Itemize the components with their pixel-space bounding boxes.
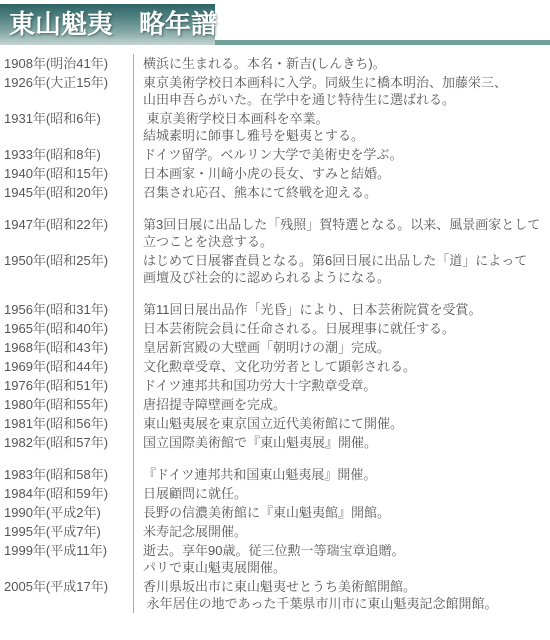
event-cell: ドイツ留学。ベルリン大学で美術史を学ぶ。	[133, 145, 550, 164]
year-cell: 1980年(昭和55年)	[0, 395, 133, 414]
year-cell: 1933年(昭和8年)	[0, 145, 133, 164]
year-cell: 1945年(昭和20年)	[0, 183, 133, 202]
event-cell: 皇居新宮殿の大壁画「朝明けの潮」完成。	[133, 338, 550, 357]
table-row: 1976年(昭和51年) ドイツ連邦共和国功労大十字勲章受章。	[0, 376, 550, 395]
event-cell: 日展顧問に就任。	[133, 484, 550, 503]
year-cell: 1984年(昭和59年)	[0, 484, 133, 503]
event-cell	[133, 287, 550, 300]
year-cell: 1981年(昭和56年)	[0, 414, 133, 433]
table-row: 1945年(昭和20年) 召集され応召、熊本にて終戦を迎える。	[0, 183, 550, 202]
year-cell: 1995年(平成7年)	[0, 522, 133, 541]
year-cell: 1931年(昭和6年)	[0, 109, 133, 145]
event-cell: 文化勲章受章、文化功労者として顕彰される。	[133, 357, 550, 376]
event-cell: 唐招提寺障壁画を完成。	[133, 395, 550, 414]
table-row: 1926年(大正15年) 東京美術学校日本画科に入学。同級生に橋本明治、加藤栄三…	[0, 73, 550, 109]
table-row: 2005年(平成17年) 香川県坂出市に東山魁夷せとうち美術館開館。 永年居住の…	[0, 577, 550, 613]
event-cell: 日本芸術院会員に任命される。日展理事に就任する。	[133, 319, 550, 338]
year-cell	[0, 287, 133, 300]
year-cell	[0, 202, 133, 215]
title-block: 東山魁夷 略年譜	[0, 4, 215, 45]
table-row	[0, 202, 550, 215]
event-cell: 国立国際美術館で『東山魁夷展』開催。	[133, 433, 550, 452]
event-cell: 逝去。享年90歳。従三位勲一等瑞宝章追贈。 パリで東山魁夷展開催。	[133, 541, 550, 577]
event-cell: 召集され応召、熊本にて終戦を迎える。	[133, 183, 550, 202]
year-cell: 1969年(昭和44年)	[0, 357, 133, 376]
table-row	[0, 452, 550, 465]
table-row: 1947年(昭和22年) 第3回日展に出品した「残照」賀特選となる。以来、風景画…	[0, 215, 550, 251]
event-cell: 東京美術学校日本画科を卒業。 結城素明に師事し雅号を魁夷とする。	[133, 109, 550, 145]
event-cell: 横浜に生まれる。本名・新吉(しんきち)。	[133, 54, 550, 73]
event-cell: 米寿記念展開催。	[133, 522, 550, 541]
year-cell: 1947年(昭和22年)	[0, 215, 133, 251]
event-cell	[133, 452, 550, 465]
event-cell: 第11回日展出品作「光昏」により、日本芸術院賞を受賞。	[133, 300, 550, 319]
event-cell: 東京美術学校日本画科に入学。同級生に橋本明治、加藤栄三、 山田申吾らがいた。在学…	[133, 73, 550, 109]
year-cell: 1999年(平成11年)	[0, 541, 133, 577]
year-cell: 1950年(昭和25年)	[0, 251, 133, 287]
title-banner: 東山魁夷 略年譜	[0, 4, 550, 45]
table-row: 1982年(昭和57年) 国立国際美術館で『東山魁夷展』開催。	[0, 433, 550, 452]
year-cell: 1926年(大正15年)	[0, 73, 133, 109]
year-cell: 1956年(昭和31年)	[0, 300, 133, 319]
year-cell: 1968年(昭和43年)	[0, 338, 133, 357]
event-cell: 第3回日展に出品した「残照」賀特選となる。以来、風景画家として 立つことを決意す…	[133, 215, 550, 251]
table-row: 1908年(明治41年) 横浜に生まれる。本名・新吉(しんきち)。	[0, 54, 550, 73]
event-cell: 東山魁夷展を東京国立近代美術館にて開催。	[133, 414, 550, 433]
year-cell: 1982年(昭和57年)	[0, 433, 133, 452]
event-cell: 日本画家・川﨑小虎の長女、すみと結婚。	[133, 164, 550, 183]
table-row: 1981年(昭和56年) 東山魁夷展を東京国立近代美術館にて開催。	[0, 414, 550, 433]
event-cell	[133, 202, 550, 215]
table-row	[0, 287, 550, 300]
year-cell: 1983年(昭和58年)	[0, 465, 133, 484]
year-cell: 1908年(明治41年)	[0, 54, 133, 73]
event-cell: 香川県坂出市に東山魁夷せとうち美術館開館。 永年居住の地であった千葉県市川市に東…	[133, 577, 550, 613]
event-cell: はじめて日展審査員となる。第6回日展に出品した「道」によって 画壇及び社会的に認…	[133, 251, 550, 287]
table-row: 1968年(昭和43年) 皇居新宮殿の大壁画「朝明けの潮」完成。	[0, 338, 550, 357]
table-row: 1969年(昭和44年) 文化勲章受章、文化功労者として顕彰される。	[0, 357, 550, 376]
table-row: 1995年(平成7年) 米寿記念展開催。	[0, 522, 550, 541]
table-row: 1931年(昭和6年) 東京美術学校日本画科を卒業。 結城素明に師事し雅号を魁夷…	[0, 109, 550, 145]
table-row: 1990年(平成2年) 長野の信濃美術館に『東山魁夷館』開館。	[0, 503, 550, 522]
event-cell: 長野の信濃美術館に『東山魁夷館』開館。	[133, 503, 550, 522]
table-row: 1940年(昭和15年) 日本画家・川﨑小虎の長女、すみと結婚。	[0, 164, 550, 183]
page-title: 東山魁夷 略年譜	[0, 4, 215, 41]
year-cell	[0, 452, 133, 465]
chronology-table: 1908年(明治41年) 横浜に生まれる。本名・新吉(しんきち)。 1926年(…	[0, 54, 550, 613]
table-row: 1965年(昭和40年) 日本芸術院会員に任命される。日展理事に就任する。	[0, 319, 550, 338]
year-cell: 1940年(昭和15年)	[0, 164, 133, 183]
table-row: 1984年(昭和59年) 日展顧問に就任。	[0, 484, 550, 503]
year-cell: 1965年(昭和40年)	[0, 319, 133, 338]
event-cell: 『ドイツ連邦共和国東山魁夷展』開催。	[133, 465, 550, 484]
table-row: 1983年(昭和58年) 『ドイツ連邦共和国東山魁夷展』開催。	[0, 465, 550, 484]
table-row: 1950年(昭和25年) はじめて日展審査員となる。第6回日展に出品した「道」に…	[0, 251, 550, 287]
year-cell: 2005年(平成17年)	[0, 577, 133, 613]
event-cell: ドイツ連邦共和国功労大十字勲章受章。	[133, 376, 550, 395]
year-cell: 1976年(昭和51年)	[0, 376, 133, 395]
table-row: 1999年(平成11年) 逝去。享年90歳。従三位勲一等瑞宝章追贈。 パリで東山…	[0, 541, 550, 577]
table-row: 1980年(昭和55年) 唐招提寺障壁画を完成。	[0, 395, 550, 414]
table-row: 1933年(昭和8年) ドイツ留学。ベルリン大学で美術史を学ぶ。	[0, 145, 550, 164]
table-row: 1956年(昭和31年) 第11回日展出品作「光昏」により、日本芸術院賞を受賞。	[0, 300, 550, 319]
year-cell: 1990年(平成2年)	[0, 503, 133, 522]
